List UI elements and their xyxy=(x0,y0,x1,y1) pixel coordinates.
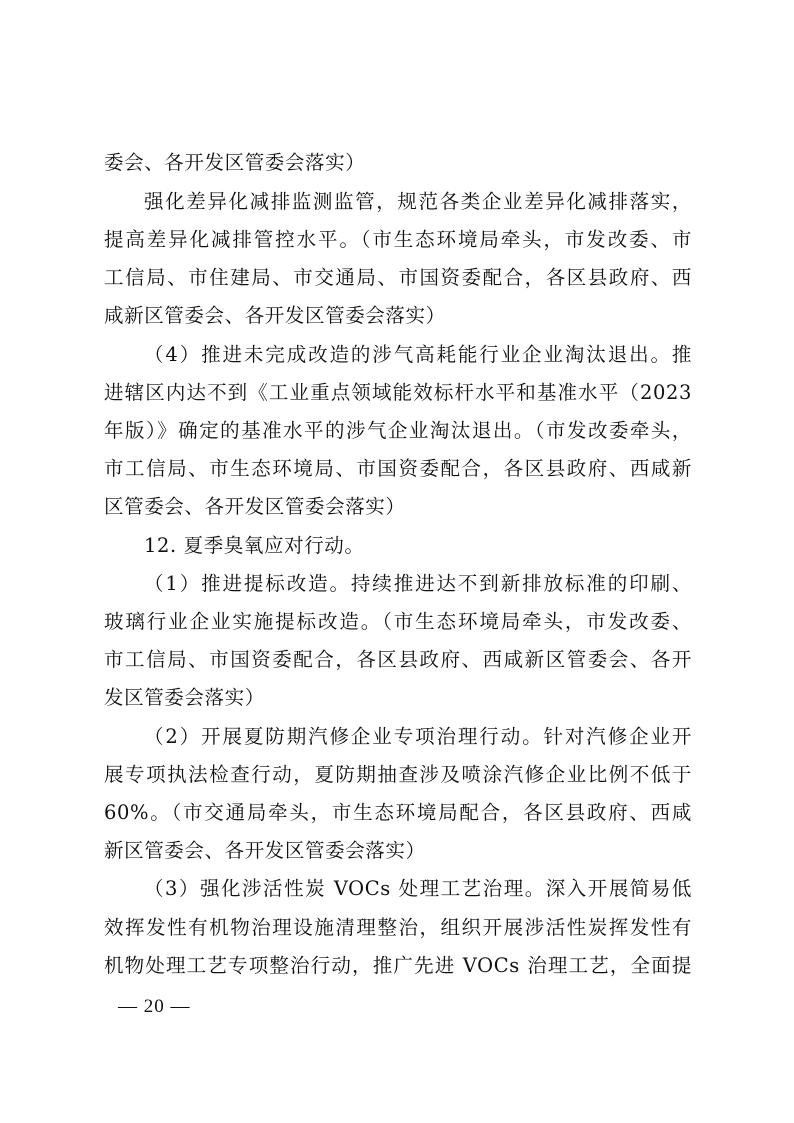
text-line: 提高差异化减排管控水平。（市生态环境局牵头，市发改委、市 xyxy=(104,225,692,255)
text-line: （2）开展夏防期汽修企业专项治理行动。针对汽修企业开 xyxy=(144,722,692,752)
text-line: （3）强化涉活性炭 VOCs 处理工艺治理。深入开展简易低 xyxy=(144,874,692,904)
document-page: 委会、各开发区管委会落实） 强化差异化减排监测监管，规范各类企业差异化减排落实，… xyxy=(0,0,794,1123)
text-line: 咸新区管委会、各开发区管委会落实） xyxy=(104,301,692,331)
text-line: 区管委会、各开发区管委会落实） xyxy=(104,492,692,522)
text-line: 市工信局、市生态环境局、市国资委配合，各区县政府、西咸新 xyxy=(104,454,692,484)
text-line: （1）推进提标改造。持续推进达不到新排放标准的印刷、 xyxy=(144,569,692,599)
text-line: （4）推进未完成改造的涉气高耗能行业企业淘汰退出。推 xyxy=(144,340,692,370)
text-line: 年版）》确定的基准水平的涉气企业淘汰退出。（市发改委牵头， xyxy=(104,416,692,446)
text-line: 新区管委会、各开发区管委会落实） xyxy=(104,836,692,866)
text-line: 展专项执法检查行动，夏防期抽查涉及喷涂汽修企业比例不低于 xyxy=(104,760,692,790)
text-line: 委会、各开发区管委会落实） xyxy=(104,148,692,178)
text-line: 机物处理工艺专项整治行动，推广先进 VOCs 治理工艺，全面提 xyxy=(104,951,692,981)
text-line: 进辖区内达不到《工业重点领域能效标杆水平和基准水平（2023 xyxy=(104,378,692,408)
text-line: 工信局、市住建局、市交通局、市国资委配合，各区县政府、西 xyxy=(104,263,692,293)
text-line: 效挥发性有机物治理设施清理整治，组织开展涉活性炭挥发性有 xyxy=(104,913,692,943)
text-line: 60%。（市交通局牵头，市生态环境局配合，各区县政府、西咸 xyxy=(104,798,692,828)
text-line: 市工信局、市国资委配合，各区县政府、西咸新区管委会、各开 xyxy=(104,645,692,675)
text-line: 发区管委会落实） xyxy=(104,683,692,713)
text-line: 玻璃行业企业实施提标改造。（市生态环境局牵头，市发改委、 xyxy=(104,607,692,637)
page-number: — 20 — xyxy=(118,995,191,1019)
section-heading: 12. 夏季臭氧应对行动。 xyxy=(144,531,692,561)
text-line: 强化差异化减排监测监管，规范各类企业差异化减排落实， xyxy=(144,187,692,217)
